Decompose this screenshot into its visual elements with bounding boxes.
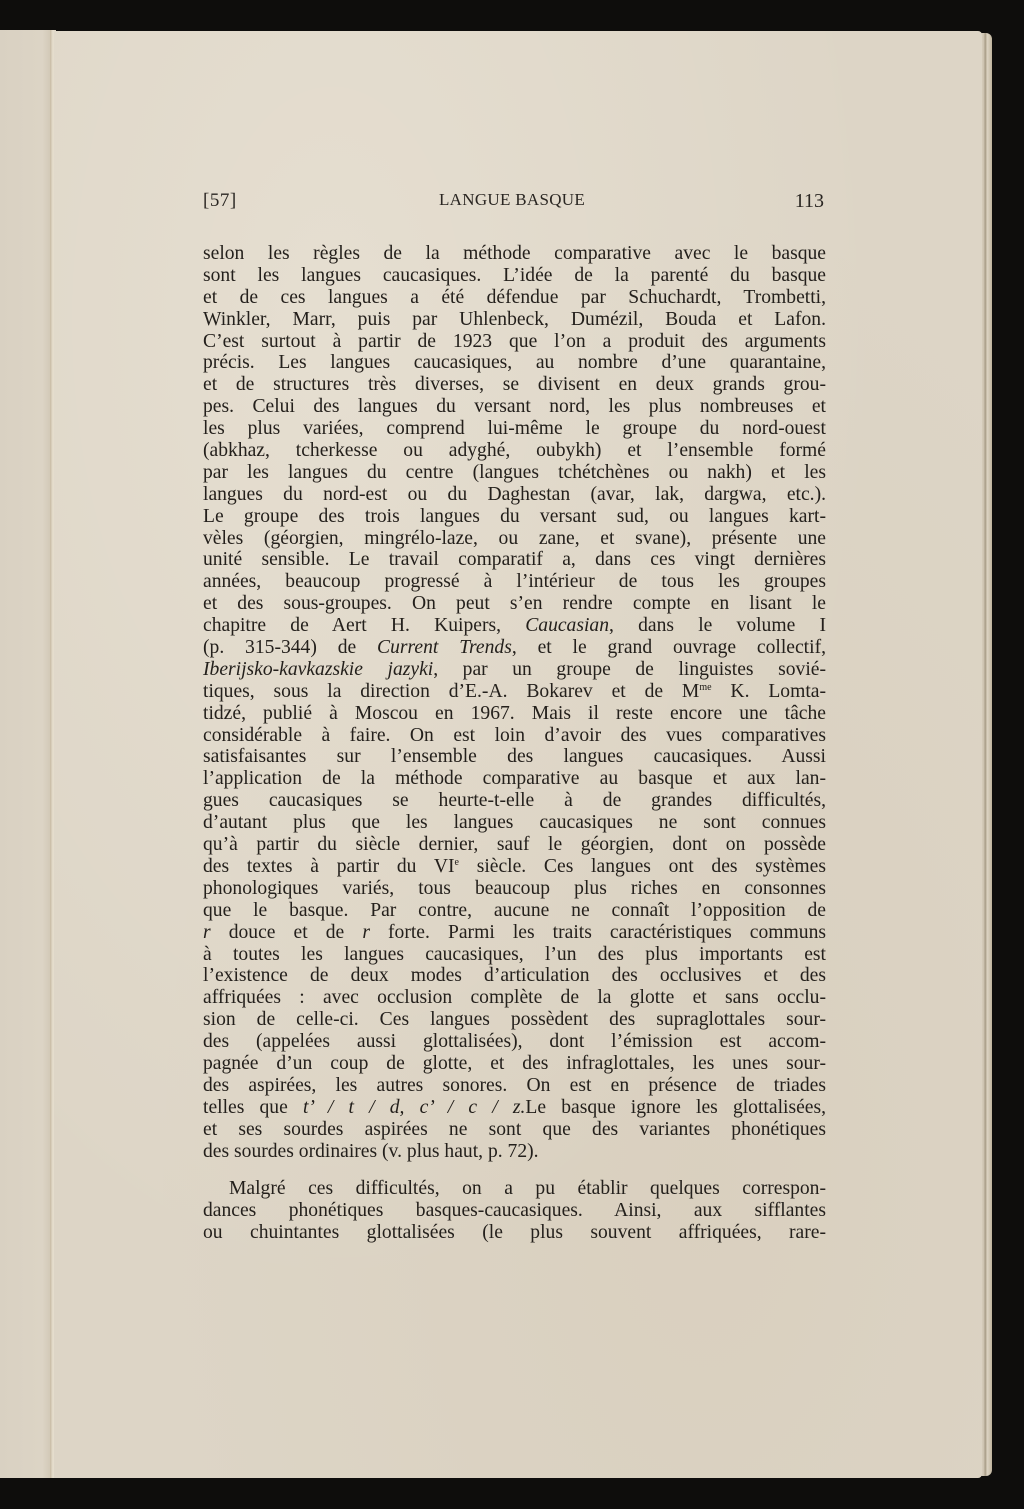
text-line: phonologiques variés, tous beaucoup plus… — [203, 878, 826, 900]
paragraph: Malgré ces difficultés, on a pu établir … — [203, 1178, 826, 1244]
text-line: C’est surtout à partir de 1923 que l’on … — [203, 331, 826, 353]
text-line: langues du nord-est ou du Daghestan (ava… — [203, 484, 826, 506]
text-line: par les langues du centre (langues tchét… — [203, 462, 826, 484]
text-line: Le groupe des trois langues du versant s… — [203, 506, 826, 528]
text-line: et ses sourdes aspirées ne sont que des … — [203, 1119, 826, 1141]
text-line: qu’à partir du siècle dernier, sauf le g… — [203, 834, 826, 856]
text-line: Winkler, Marr, puis par Uhlenbeck, Duméz… — [203, 309, 826, 331]
text-line: chapitre de Aert H. Kuipers, Caucasian, … — [203, 615, 826, 637]
text-line: tiques, sous la direction d’E.-A. Bokare… — [203, 681, 826, 703]
text-line: affriquées : avec occlusion complète de … — [203, 987, 826, 1009]
text-line: gues caucasiques se heurte-t-elle à de g… — [203, 790, 826, 812]
text-line: satisfaisantes sur l’ensemble des langue… — [203, 746, 826, 768]
text-line: années, beaucoup progressé à l’intérieur… — [203, 571, 826, 593]
section-number: [57] — [203, 190, 237, 212]
text-line: des textes à partir du VIe siècle. Ces l… — [203, 856, 826, 878]
running-title: LANGUE BASQUE — [439, 190, 585, 210]
facing-page-edge — [0, 30, 53, 1478]
text-line: telles que t’ / t / d, c’ / c / z.Le bas… — [203, 1097, 826, 1119]
text-line: des sourdes ordinaires (v. plus haut, p.… — [203, 1141, 826, 1163]
text-line: et des sous-groupes. On peut s’en rendre… — [203, 593, 826, 615]
body-text: selon les règles de la méthode comparati… — [203, 243, 826, 1244]
text-line: les plus variées, comprend lui-même le g… — [203, 418, 826, 440]
text-line: précis. Les langues caucasiques, au nomb… — [203, 352, 826, 374]
text-line: et de ces langues a été défendue par Sch… — [203, 287, 826, 309]
text-line: vèles (géorgien, mingrélo-laze, ou zane,… — [203, 528, 826, 550]
text-line: considérable à faire. On est loin d’avoi… — [203, 725, 826, 747]
text-line: à toutes les langues caucasiques, l’un d… — [203, 944, 826, 966]
text-line: dances phonétiques basques-caucasiques. … — [203, 1200, 826, 1222]
page-number: 113 — [795, 190, 824, 213]
text-line: d’autant plus que les langues caucasique… — [203, 812, 826, 834]
text-line: des aspirées, les autres sonores. On est… — [203, 1075, 826, 1097]
text-line: sont les langues caucasiques. L’idée de … — [203, 265, 826, 287]
text-line: que le basque. Par contre, aucune ne con… — [203, 900, 826, 922]
text-line: selon les règles de la méthode comparati… — [203, 243, 826, 265]
text-line: des (appelées aussi glottalisées), dont … — [203, 1031, 826, 1053]
text-line: r douce et de r forte. Parmi les traits … — [203, 922, 826, 944]
text-line: l’application de la méthode comparative … — [203, 768, 826, 790]
paragraph: selon les règles de la méthode comparati… — [203, 243, 826, 1162]
text-line: (p. 315-344) de Current Trends, et le gr… — [203, 637, 826, 659]
text-line: Iberijsko-kavkazskie jazyki, par un grou… — [203, 659, 826, 681]
text-line: ou chuintantes glottalisées (le plus sou… — [203, 1222, 826, 1244]
text-line: unité sensible. Le travail comparatif a,… — [203, 549, 826, 571]
running-head: [57] LANGUE BASQUE 113 — [203, 190, 824, 216]
text-line: Malgré ces difficultés, on a pu établir … — [203, 1178, 826, 1200]
text-line: sion de celle-ci. Ces langues possèdent … — [203, 1009, 826, 1031]
text-line: l’existence de deux modes d’articulation… — [203, 965, 826, 987]
text-line: pagnée d’un coup de glotte, et des infra… — [203, 1053, 826, 1075]
paragraph-gap — [203, 1162, 826, 1178]
text-line: pes. Celui des langues du versant nord, … — [203, 396, 826, 418]
text-line: et de structures très diverses, se divis… — [203, 374, 826, 396]
text-line: tidzé, publié à Moscou en 1967. Mais il … — [203, 703, 826, 725]
text-line: (abkhaz, tcherkesse ou adyghé, oubykh) e… — [203, 440, 826, 462]
